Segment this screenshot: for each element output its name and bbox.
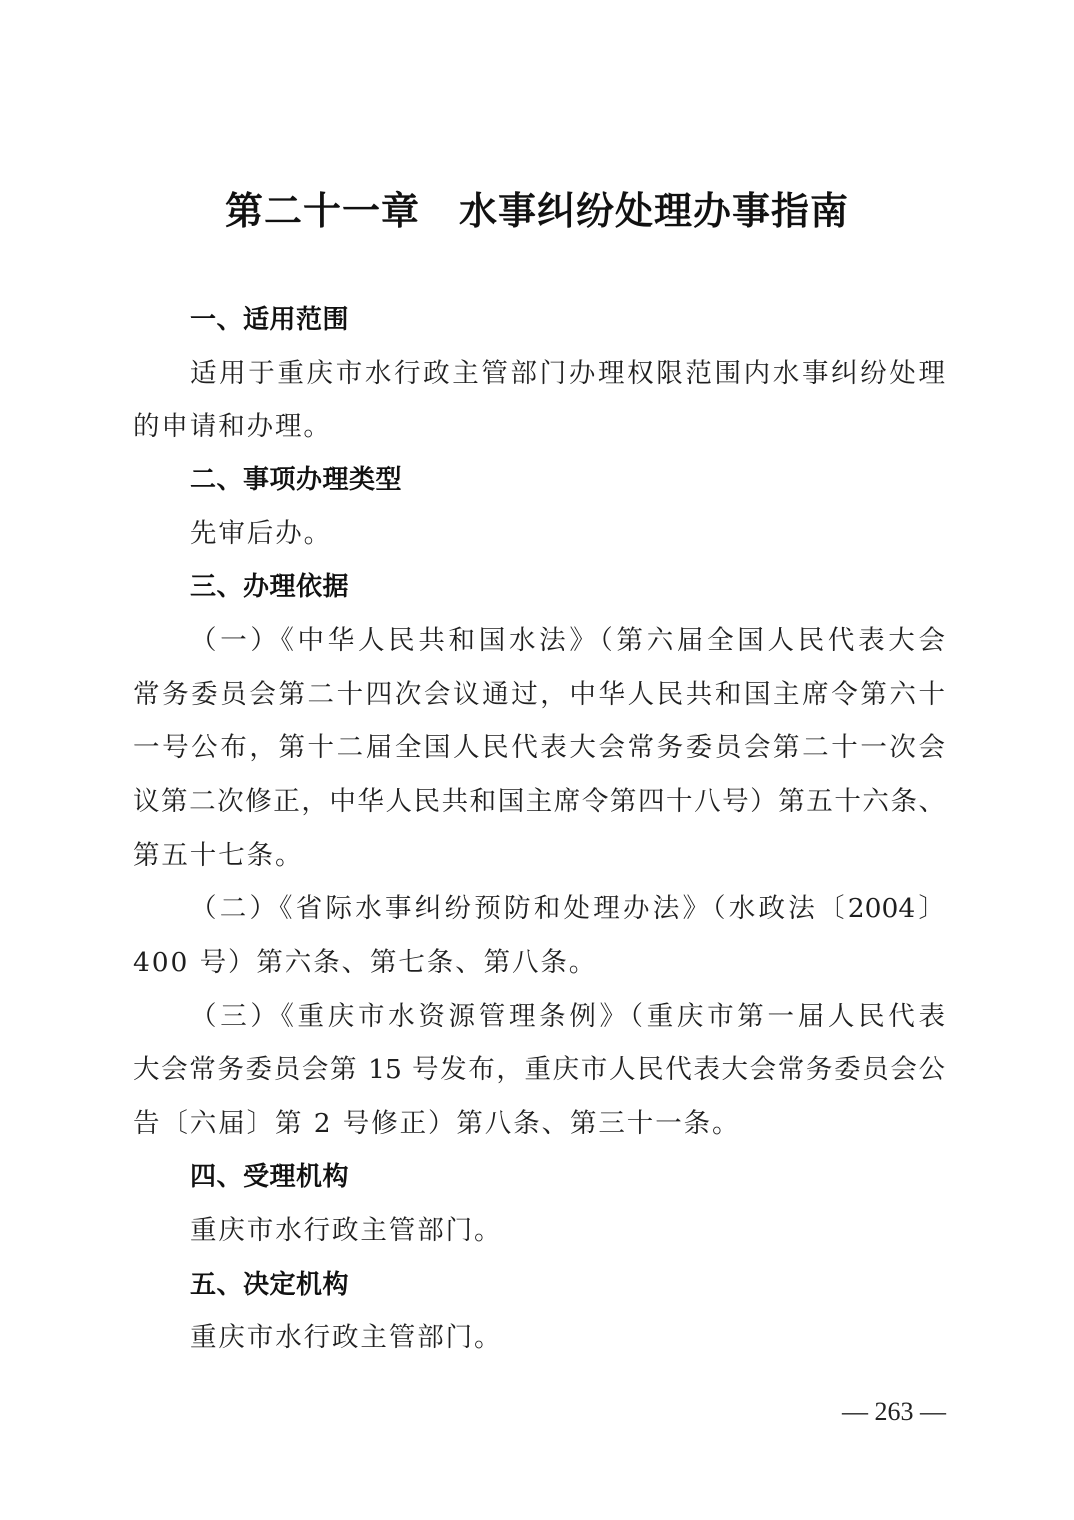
section-heading-type: 二、事项办理类型 (190, 460, 402, 500)
paragraph-line: 议第二次修正，中华人民共和国主席令第四十八号）第五十六条、 (133, 782, 945, 822)
section-heading-deciding-agency: 五、决定机构 (190, 1265, 349, 1305)
paragraph-line: 适用于重庆市水行政主管部门办理权限范围内水事纠纷处理 (190, 354, 945, 394)
paragraph-line: 第五十七条。 (133, 836, 945, 876)
paragraph-line: 告〔六届〕第 2 号修正）第八条、第三十一条。 (133, 1104, 945, 1144)
paragraph-line: 重庆市水行政主管部门。 (190, 1211, 945, 1251)
page-number: — 263 — (826, 1395, 946, 1429)
paragraph-line: （二）《省际水事纠纷预防和处理办法》（水政法〔2004〕 (190, 889, 945, 929)
section-heading-basis: 三、办理依据 (190, 567, 349, 607)
paragraph-line: （三）《重庆市水资源管理条例》（重庆市第一届人民代表 (190, 997, 945, 1037)
section-heading-scope: 一、适用范围 (190, 300, 349, 340)
chapter-title: 第二十一章 水事纠纷处理办事指南 (0, 186, 1074, 236)
paragraph-line: （一）《中华人民共和国水法》（第六届全国人民代表大会 (190, 621, 945, 661)
paragraph-line: 先审后办。 (190, 514, 945, 554)
paragraph-line: 常务委员会第二十四次会议通过，中华人民共和国主席令第六十 (133, 675, 945, 715)
paragraph-line: 一号公布，第十二届全国人民代表大会常务委员会第二十一次会 (133, 728, 945, 768)
paragraph-line: 大会常务委员会第 15 号发布，重庆市人民代表大会常务委员会公 (133, 1050, 945, 1090)
paragraph-line: 400 号）第六条、第七条、第八条。 (133, 943, 945, 983)
paragraph-line: 的申请和办理。 (133, 407, 945, 447)
paragraph-line: 重庆市水行政主管部门。 (190, 1318, 945, 1358)
document-page: 第二十一章 水事纠纷处理办事指南 一、适用范围 适用于重庆市水行政主管部门办理权… (0, 0, 1074, 1520)
section-heading-accepting-agency: 四、受理机构 (190, 1157, 349, 1197)
